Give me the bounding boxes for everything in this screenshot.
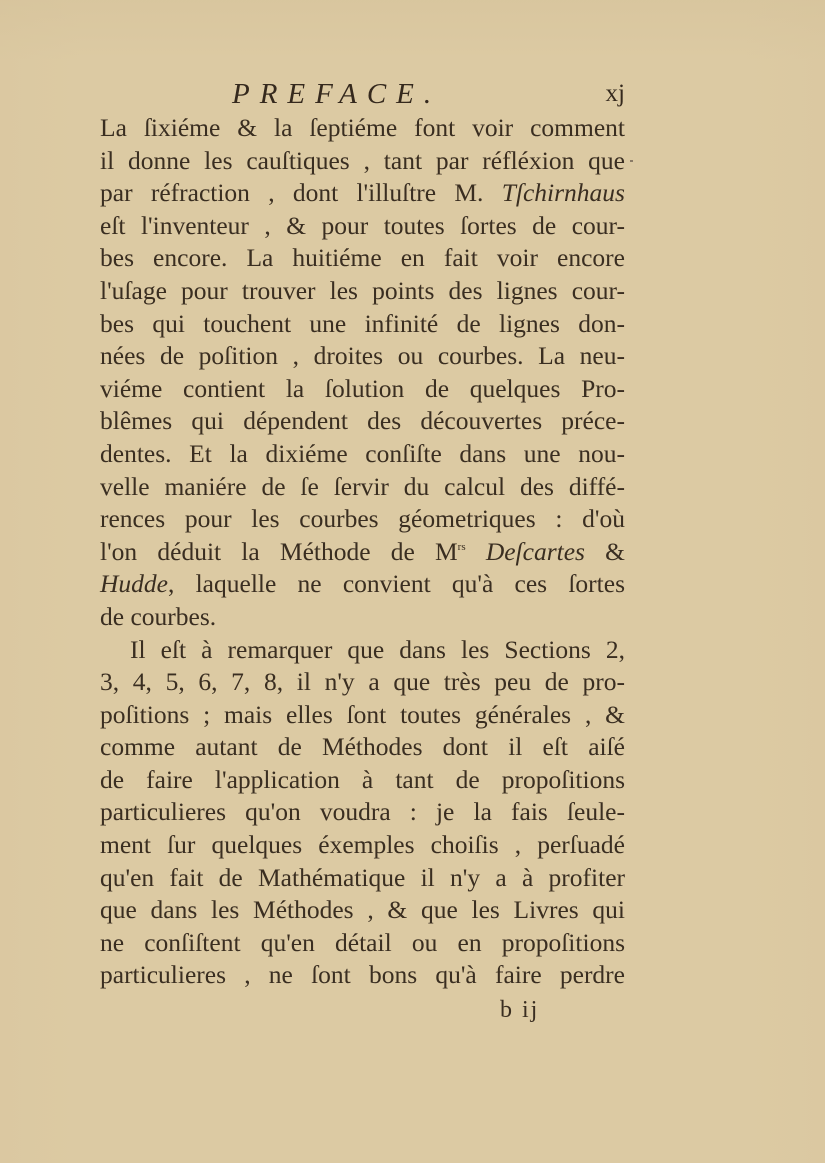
- text-line: comme autant de Méthodes dont il eſt aiſ…: [100, 731, 625, 764]
- text-line: particulieres qu'on voudra : je la fais …: [100, 796, 625, 829]
- text-line: La ſixiéme & la ſeptiéme font voir comme…: [100, 112, 625, 145]
- text-line: par réfraction , dont l'illuſtre M. Tſch…: [100, 177, 625, 210]
- book-page: PREFACE. xj La ſixiéme & la ſeptiéme fon…: [0, 0, 825, 1163]
- text-line: rences pour les courbes géometriques : d…: [100, 503, 625, 536]
- text-line: blêmes qui dépendent des découvertes pré…: [100, 405, 625, 438]
- ampersand: &: [605, 537, 625, 566]
- text-line: qu'en fait de Mathématique il n'y a à pr…: [100, 862, 625, 895]
- text-line: nées de poſition , droites ou courbes. L…: [100, 340, 625, 373]
- text-line: l'on déduit la Méthode de Mrs Deſcartes …: [100, 536, 625, 569]
- text-line: velle maniére de ſe ſervir du calcul des…: [100, 471, 625, 504]
- text-line: l'uſage pour trouver les points des lign…: [100, 275, 625, 308]
- superscript-rs: rs: [458, 541, 466, 553]
- text-line: Hudde, laquelle ne convient qu'à ces ſor…: [100, 568, 625, 601]
- name-tschirnhaus: Tſchirnhaus: [502, 178, 625, 207]
- name-hudde: Hudde: [100, 569, 168, 598]
- text-line: de faire l'application à tant de propoſi…: [100, 764, 625, 797]
- page-number: xj: [606, 80, 625, 108]
- text-segment: , laquelle ne convient qu'à ces ſortes: [168, 569, 625, 598]
- text-line: bes encore. La huitiéme en fait voir enc…: [100, 242, 625, 275]
- signature-mark: b ij: [500, 997, 539, 1024]
- running-head: PREFACE. xj: [100, 78, 625, 114]
- text-line: viéme contient la ſolution de quelques P…: [100, 373, 625, 406]
- text-line: ment ſur quelques éxemples choiſis , per…: [100, 829, 625, 862]
- name-descartes: Deſcartes: [486, 537, 585, 566]
- text-segment: l'on déduit la Méthode de M: [100, 537, 458, 566]
- text-line: que dans les Méthodes , & que les Livres…: [100, 894, 625, 927]
- margin-mark: [630, 160, 633, 162]
- text-line: il donne les cauſtiques , tant par réflé…: [100, 145, 625, 178]
- paragraph-start-line: Il eſt à remarquer que dans les Sections…: [100, 634, 625, 667]
- text-line: particulieres , ne ſont bons qu'à faire …: [100, 959, 625, 992]
- text-line: dentes. Et la dixiéme conſiſte dans une …: [100, 438, 625, 471]
- running-title: PREFACE.: [232, 78, 441, 111]
- text-line: 3, 4, 5, 6, 7, 8, il n'y a que très peu …: [100, 666, 625, 699]
- text-line: bes qui touchent une infinité de lignes …: [100, 308, 625, 341]
- body-text: La ſixiéme & la ſeptiéme font voir comme…: [100, 112, 625, 992]
- text-line: ne conſiſtent qu'en détail ou en propoſi…: [100, 927, 625, 960]
- text-line: de courbes.: [100, 601, 625, 634]
- text-segment: par réfraction , dont l'illuſtre M.: [100, 178, 483, 207]
- text-line: poſitions ; mais elles ſont toutes génér…: [100, 699, 625, 732]
- text-line: eſt l'inventeur , & pour toutes ſortes d…: [100, 210, 625, 243]
